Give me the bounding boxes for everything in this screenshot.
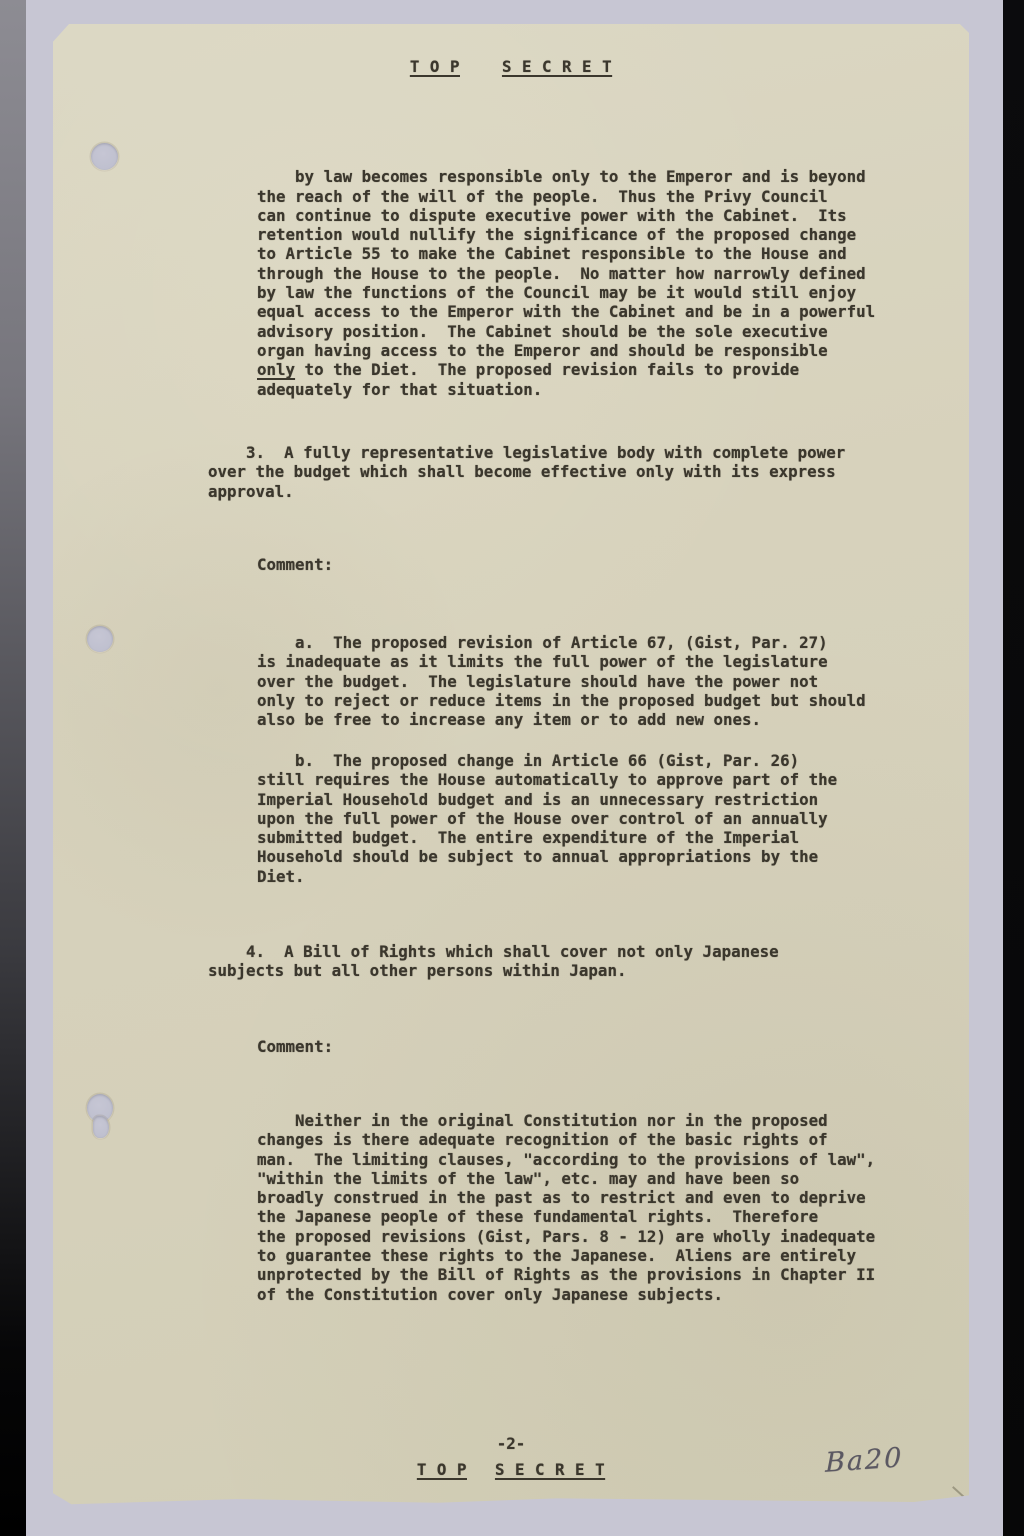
paragraph-bill-of-rights: Neither in the original Constitution nor… — [257, 1111, 927, 1304]
underlined-word-only: only — [257, 360, 295, 379]
paragraph-privy-council-text-2: to the Diet. The proposed revision fails… — [257, 360, 799, 398]
sub-paragraph-a: a. The proposed revision of Article 67, … — [257, 633, 917, 729]
scan-border-left — [0, 0, 26, 1536]
classification-word-top: T O P — [410, 57, 460, 76]
corner-crease-mark — [952, 1486, 964, 1497]
classification-header: T O P S E C R E T — [53, 57, 969, 76]
numbered-item-3: 3. A fully representative legislative bo… — [208, 443, 908, 501]
punch-hole-middle — [87, 626, 113, 652]
punch-hole-bottom-tear — [93, 1116, 109, 1138]
punch-hole-top — [91, 143, 118, 170]
comment-label-1: Comment: — [257, 555, 333, 574]
document-page: T O P S E C R E T by law becomes respons… — [53, 24, 969, 1505]
comment-label-2: Comment: — [257, 1037, 333, 1056]
paragraph-privy-council-text-1: by law becomes responsible only to the E… — [257, 167, 875, 360]
classification-word-secret: S E C R E T — [502, 57, 612, 76]
handwritten-note: Ba20 — [825, 1442, 903, 1479]
paragraph-privy-council: by law becomes responsible only to the E… — [257, 148, 917, 418]
numbered-item-4: 4. A Bill of Rights which shall cover no… — [208, 942, 908, 981]
classification-footer-word-secret: S E C R E T — [495, 1460, 605, 1479]
classification-footer-word-top: T O P — [417, 1460, 467, 1479]
sub-paragraph-b: b. The proposed change in Article 66 (Gi… — [257, 751, 917, 886]
scan-border-right — [1003, 0, 1024, 1536]
